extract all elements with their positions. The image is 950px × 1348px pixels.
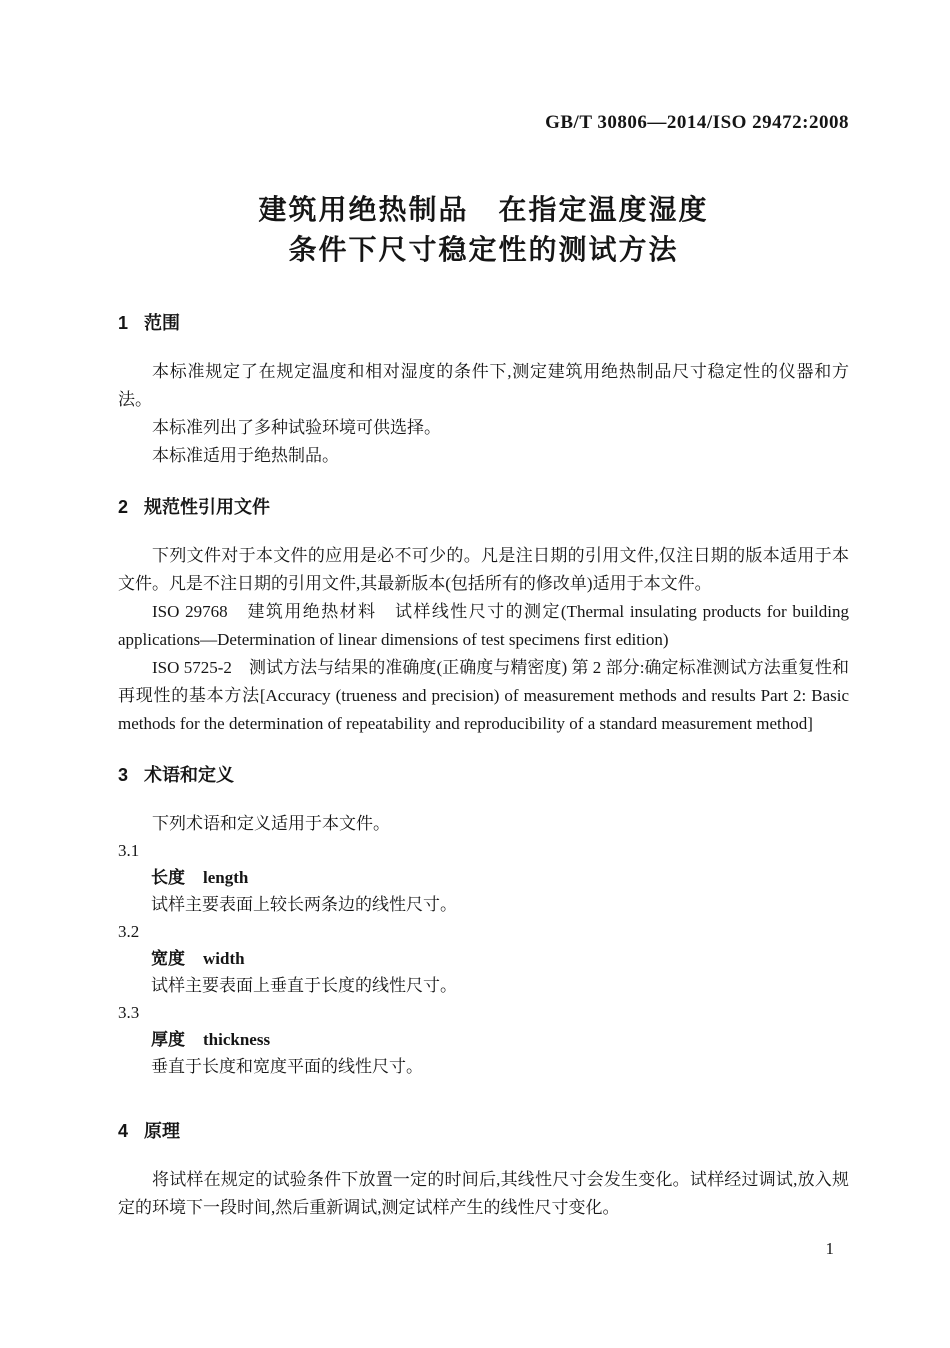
document-title: 建筑用绝热制品 在指定温度湿度 条件下尺寸稳定性的测试方法	[118, 190, 849, 270]
term-width: 3.2 宽度width 试样主要表面上垂直于长度的线性尺寸。	[118, 918, 849, 999]
term-zh: 宽度	[151, 949, 185, 968]
term-zh: 长度	[151, 868, 185, 887]
section-scope: 1范围 本标准规定了在规定温度和相对湿度的条件下,测定建筑用绝热制品尺寸稳定性的…	[118, 312, 849, 470]
term-zh: 厚度	[151, 1030, 185, 1049]
term-definition: 垂直于长度和宽度平面的线性尺寸。	[118, 1053, 849, 1080]
page-number: 1	[826, 1238, 835, 1260]
paragraph: 本标准规定了在规定温度和相对湿度的条件下,测定建筑用绝热制品尺寸稳定性的仪器和方…	[118, 358, 849, 414]
term-line: 厚度thickness	[118, 1026, 849, 1053]
section-title: 范围	[144, 313, 180, 333]
reference-iso-5725-2: ISO 5725-2 测试方法与结果的准确度(正确度与精密度) 第 2 部分:确…	[118, 654, 849, 738]
term-definition: 试样主要表面上垂直于长度的线性尺寸。	[118, 972, 849, 999]
paragraph: 下列文件对于本文件的应用是必不可少的。凡是注日期的引用文件,仅注日期的版本适用于…	[118, 542, 849, 598]
document-page: GB/T 30806—2014/ISO 29472:2008 建筑用绝热制品 在…	[0, 0, 950, 1348]
document-content: GB/T 30806—2014/ISO 29472:2008 建筑用绝热制品 在…	[118, 0, 849, 1222]
section-number: 4	[118, 1121, 128, 1141]
section-terms-definitions: 3术语和定义 下列术语和定义适用于本文件。 3.1 长度length 试样主要表…	[118, 764, 849, 1080]
section-heading-scope: 1范围	[118, 312, 849, 334]
section-heading-principle: 4原理	[118, 1120, 849, 1142]
term-en: length	[203, 868, 248, 887]
section-number: 1	[118, 313, 128, 333]
section-principle: 4原理 将试样在规定的试验条件下放置一定的时间后,其线性尺寸会发生变化。试样经过…	[118, 1120, 849, 1222]
term-number: 3.2	[118, 918, 849, 945]
section-number: 2	[118, 497, 128, 517]
reference-iso-29768: ISO 29768 建筑用绝热材料 试样线性尺寸的测定(Thermal insu…	[118, 598, 849, 654]
section-title: 原理	[144, 1121, 180, 1141]
section-title: 规范性引用文件	[144, 497, 270, 517]
term-length: 3.1 长度length 试样主要表面上较长两条边的线性尺寸。	[118, 837, 849, 918]
term-number: 3.1	[118, 837, 849, 864]
term-line: 长度length	[118, 864, 849, 891]
paragraph: 本标准列出了多种试验环境可供选择。	[118, 414, 849, 442]
term-thickness: 3.3 厚度thickness 垂直于长度和宽度平面的线性尺寸。	[118, 999, 849, 1080]
terms-intro: 下列术语和定义适用于本文件。	[118, 810, 849, 837]
standard-code: GB/T 30806—2014/ISO 29472:2008	[118, 112, 849, 134]
section-title: 术语和定义	[144, 765, 234, 785]
term-en: thickness	[203, 1030, 270, 1049]
term-line: 宽度width	[118, 945, 849, 972]
paragraph: 将试样在规定的试验条件下放置一定的时间后,其线性尺寸会发生变化。试样经过调试,放…	[118, 1166, 849, 1222]
title-line-1: 建筑用绝热制品 在指定温度湿度	[118, 190, 849, 230]
section-normative-references: 2规范性引用文件 下列文件对于本文件的应用是必不可少的。凡是注日期的引用文件,仅…	[118, 496, 849, 738]
section-heading-terms: 3术语和定义	[118, 764, 849, 786]
term-number: 3.3	[118, 999, 849, 1026]
section-number: 3	[118, 765, 128, 785]
section-heading-references: 2规范性引用文件	[118, 496, 849, 518]
title-line-2: 条件下尺寸稳定性的测试方法	[118, 230, 849, 270]
term-en: width	[203, 949, 245, 968]
term-definition: 试样主要表面上较长两条边的线性尺寸。	[118, 891, 849, 918]
paragraph: 本标准适用于绝热制品。	[118, 442, 849, 470]
